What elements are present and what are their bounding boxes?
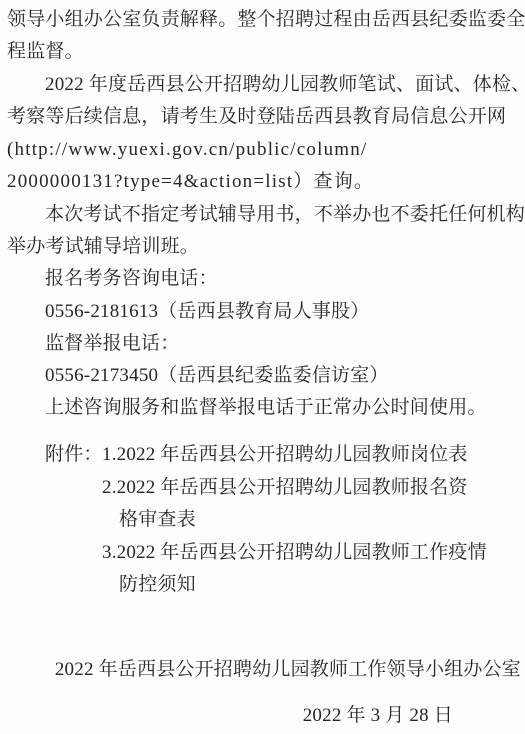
supervision-line2: 程监督。: [7, 40, 84, 64]
attachment-item-2-line2: 格审查表: [119, 508, 196, 532]
followup-line2: 考察等后续信息，请考生及时登陆岳西县教育局信息公开网: [7, 105, 506, 129]
attachment-item-2-line1: 2.2022 年岳西县公开招聘幼儿园教师报名资: [102, 476, 468, 500]
attachment-item-1: 1.2022 年岳西县公开招聘幼儿园教师岗位表: [102, 443, 468, 467]
no-training-line1: 本次考试不指定考试辅导用书，不举办也不委托任何机构: [45, 203, 525, 227]
attachment-item-3-line1: 3.2022 年岳西县公开招聘幼儿园教师工作疫情: [102, 541, 487, 565]
no-training-line2: 举办考试辅导培训班。: [7, 235, 199, 259]
enroll-phone-number: 0556-2181613（岳西县教育局人事股）: [45, 300, 369, 324]
report-phone-number: 0556-2173450（岳西县纪委监委信访室）: [45, 364, 389, 388]
phone-usage-note: 上述咨询服务和监督举报电话于正常办公时间使用。: [45, 396, 487, 420]
enroll-phone-label: 报名考务咨询电话：: [45, 267, 218, 291]
followup-line1: 2022 年度岳西县公开招聘幼儿园教师笔试、面试、体检、: [45, 73, 525, 97]
issue-date: 2022 年 3 月 28 日: [0, 704, 453, 728]
attachments-label: 附件：: [45, 443, 103, 467]
website-url-line2: 2000000131?type=4&action=list）查询。: [7, 170, 374, 194]
supervision-line1: 领导小组办公室负责解释。整个招聘过程由岳西县纪委监委全: [7, 8, 525, 32]
report-phone-label: 监督举报电话：: [45, 332, 179, 356]
attachment-item-3-line2: 防控须知: [119, 573, 196, 597]
website-url-line1: (http://www.yuexi.gov.cn/public/column/: [7, 138, 367, 162]
issuer-signature: 2022 年岳西县公开招聘幼儿园教师工作领导小组办公室: [0, 658, 521, 682]
document-page: 领导小组办公室负责解释。整个招聘过程由岳西县纪委监委全 程监督。 2022 年度…: [0, 0, 525, 734]
